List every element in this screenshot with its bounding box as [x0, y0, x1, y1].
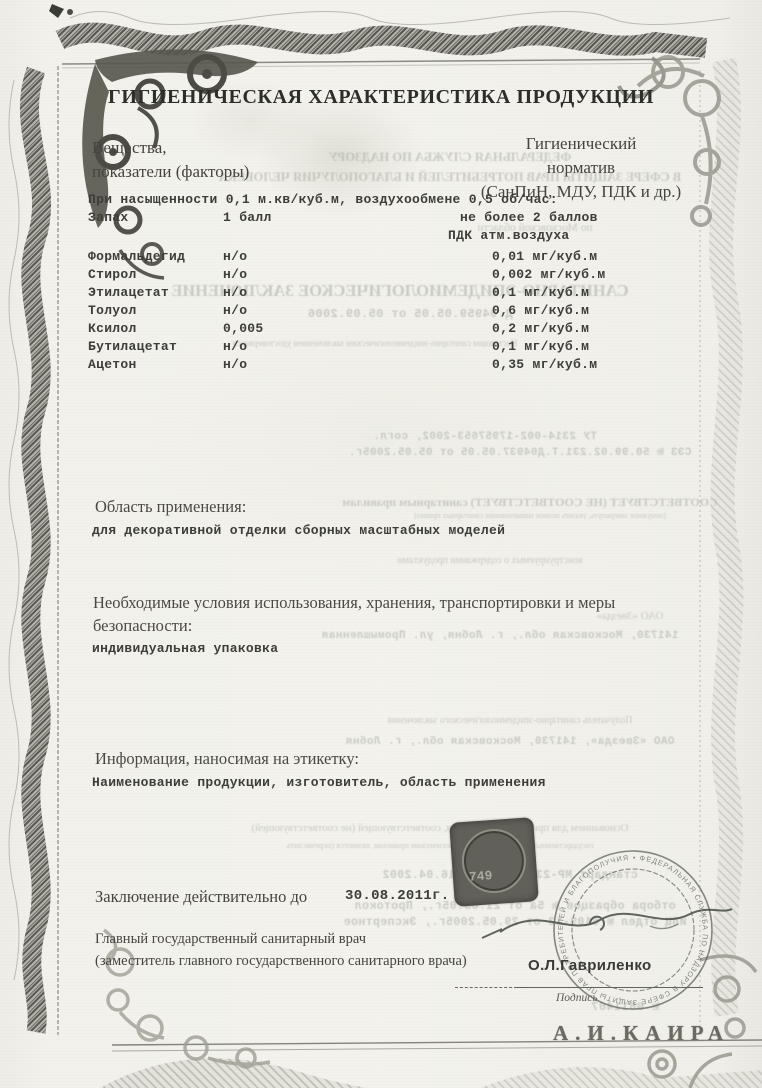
watermark-text: А.И.КАИРА	[553, 1021, 730, 1046]
substance-norm: не более 2 баллов	[460, 210, 598, 225]
bleedthrough-text: конструируемых о содержании продуктами	[340, 555, 640, 566]
signature-line	[455, 987, 517, 988]
bleedthrough-text: СЭЗ № 50.99.02.231.Т.Д04937.05.05 от 05.…	[330, 447, 710, 459]
bleedthrough-text: СООТВЕТСТВУЕТ (НЕ СООТВЕТСТВУЕТ) санитар…	[330, 495, 730, 510]
substance-value: 0,005	[223, 321, 264, 336]
deckle-edge-top	[70, 12, 730, 25]
substance-value: н/о	[223, 303, 247, 318]
header-left-line2: показатели (факторы)	[92, 160, 249, 184]
application-value: для декоративной отделки сборных масштаб…	[92, 523, 505, 538]
conditions-value: индивидуальная упаковка	[92, 641, 278, 656]
ribbon-right	[721, 60, 731, 1015]
conditions-label-line2: безопасности:	[93, 616, 192, 636]
substance-value: н/о	[223, 249, 247, 264]
substance-name: Стирол	[88, 267, 137, 282]
corner-ornament-bottom-left	[104, 930, 270, 1067]
signatory-title-line2: (заместитель главного государственного с…	[95, 953, 467, 970]
label-info-label: Информация, наносимая на этикетку:	[95, 749, 359, 769]
substance-norm: 0,01 мг/куб.м	[492, 249, 597, 264]
ribbon-bottom	[100, 1058, 520, 1088]
conditions-label-line1: Необходимые условия использования, хране…	[93, 593, 615, 613]
validity-date: 30.08.2011г.	[345, 888, 449, 904]
substance-name: Запах	[88, 210, 129, 225]
header-right-line2: норматив	[440, 156, 722, 180]
substance-value: н/о	[223, 357, 247, 372]
header-right-line1: Гигиенический	[440, 132, 722, 156]
label-info-value: Наименование продукции, изготовитель, об…	[92, 775, 546, 790]
bleedthrough-text: Получатель санитарно-эпидемиологического…	[300, 715, 720, 726]
substance-value: н/о	[223, 267, 247, 282]
scanned-certificate-page: ФЕДЕРАЛЬНАЯ СЛУЖБА ПО НАДЗОРУ В СФЕРЕ ЗА…	[0, 0, 762, 1088]
substance-name: Бутилацетат	[88, 339, 177, 354]
page-title: ГИГИЕНИЧЕСКАЯ ХАРАКТЕРИСТИКА ПРОДУКЦИИ	[0, 86, 762, 109]
substance-norm: 0,2 мг/куб.м	[492, 321, 589, 336]
substance-name: Ацетон	[88, 357, 137, 372]
application-label: Область применения:	[95, 497, 246, 517]
substance-norm: 0,002 мг/куб.м	[492, 267, 605, 282]
signatory-title-line1: Главный государственный санитарный врач	[95, 931, 366, 948]
pdk-header: ПДК атм.воздуха	[448, 228, 570, 243]
substance-name: Этилацетат	[88, 285, 169, 300]
substance-value: н/о	[223, 285, 247, 300]
bleedthrough-text: ОАО «Звезда», 141730, Московская обл., г…	[300, 736, 720, 748]
substance-name: Формальдегид	[88, 249, 185, 264]
deckle-edge-left	[9, 80, 19, 980]
substance-norm: 0,6 мг/куб.м	[492, 303, 589, 318]
substance-value: н/о	[223, 339, 247, 354]
substances-table: При насыщенности 0,1 м.кв/куб.м, воздухо…	[88, 192, 708, 382]
ribbon-left	[29, 70, 41, 1032]
substance-norm: 0,35 мг/куб.м	[492, 357, 597, 372]
header-left-line1: Вещества,	[92, 136, 249, 160]
bleedthrough-text: 141730, Московская обл., г. Лобня, ул. П…	[290, 630, 710, 642]
substance-name: Ксилол	[88, 321, 137, 336]
ribbon-top	[60, 33, 706, 48]
column-header-left: Вещества, показатели (факторы)	[92, 136, 249, 184]
signature-line	[517, 987, 703, 988]
signature-name: О.Л.Гавриленко	[528, 957, 652, 974]
substance-value: 1 балл	[223, 210, 272, 225]
bleedthrough-text: ТУ 2314-002-17957653-2002, согл.	[355, 431, 615, 443]
substance-norm: 0,1 мг/куб.м	[492, 339, 589, 354]
substance-norm: 0,1 мг/куб.м	[492, 285, 589, 300]
signature-caption: Подпись	[556, 992, 598, 1004]
validity-label: Заключение действительно до	[95, 887, 307, 907]
bleedthrough-text: (ненужное зачеркнуть, указать полное наи…	[330, 511, 750, 520]
saturation-line: При насыщенности 0,1 м.кв/куб.м, воздухо…	[88, 192, 558, 207]
bleedthrough-text: Основанием для признания продукции, соот…	[150, 822, 730, 834]
substance-name: Толуол	[88, 303, 137, 318]
